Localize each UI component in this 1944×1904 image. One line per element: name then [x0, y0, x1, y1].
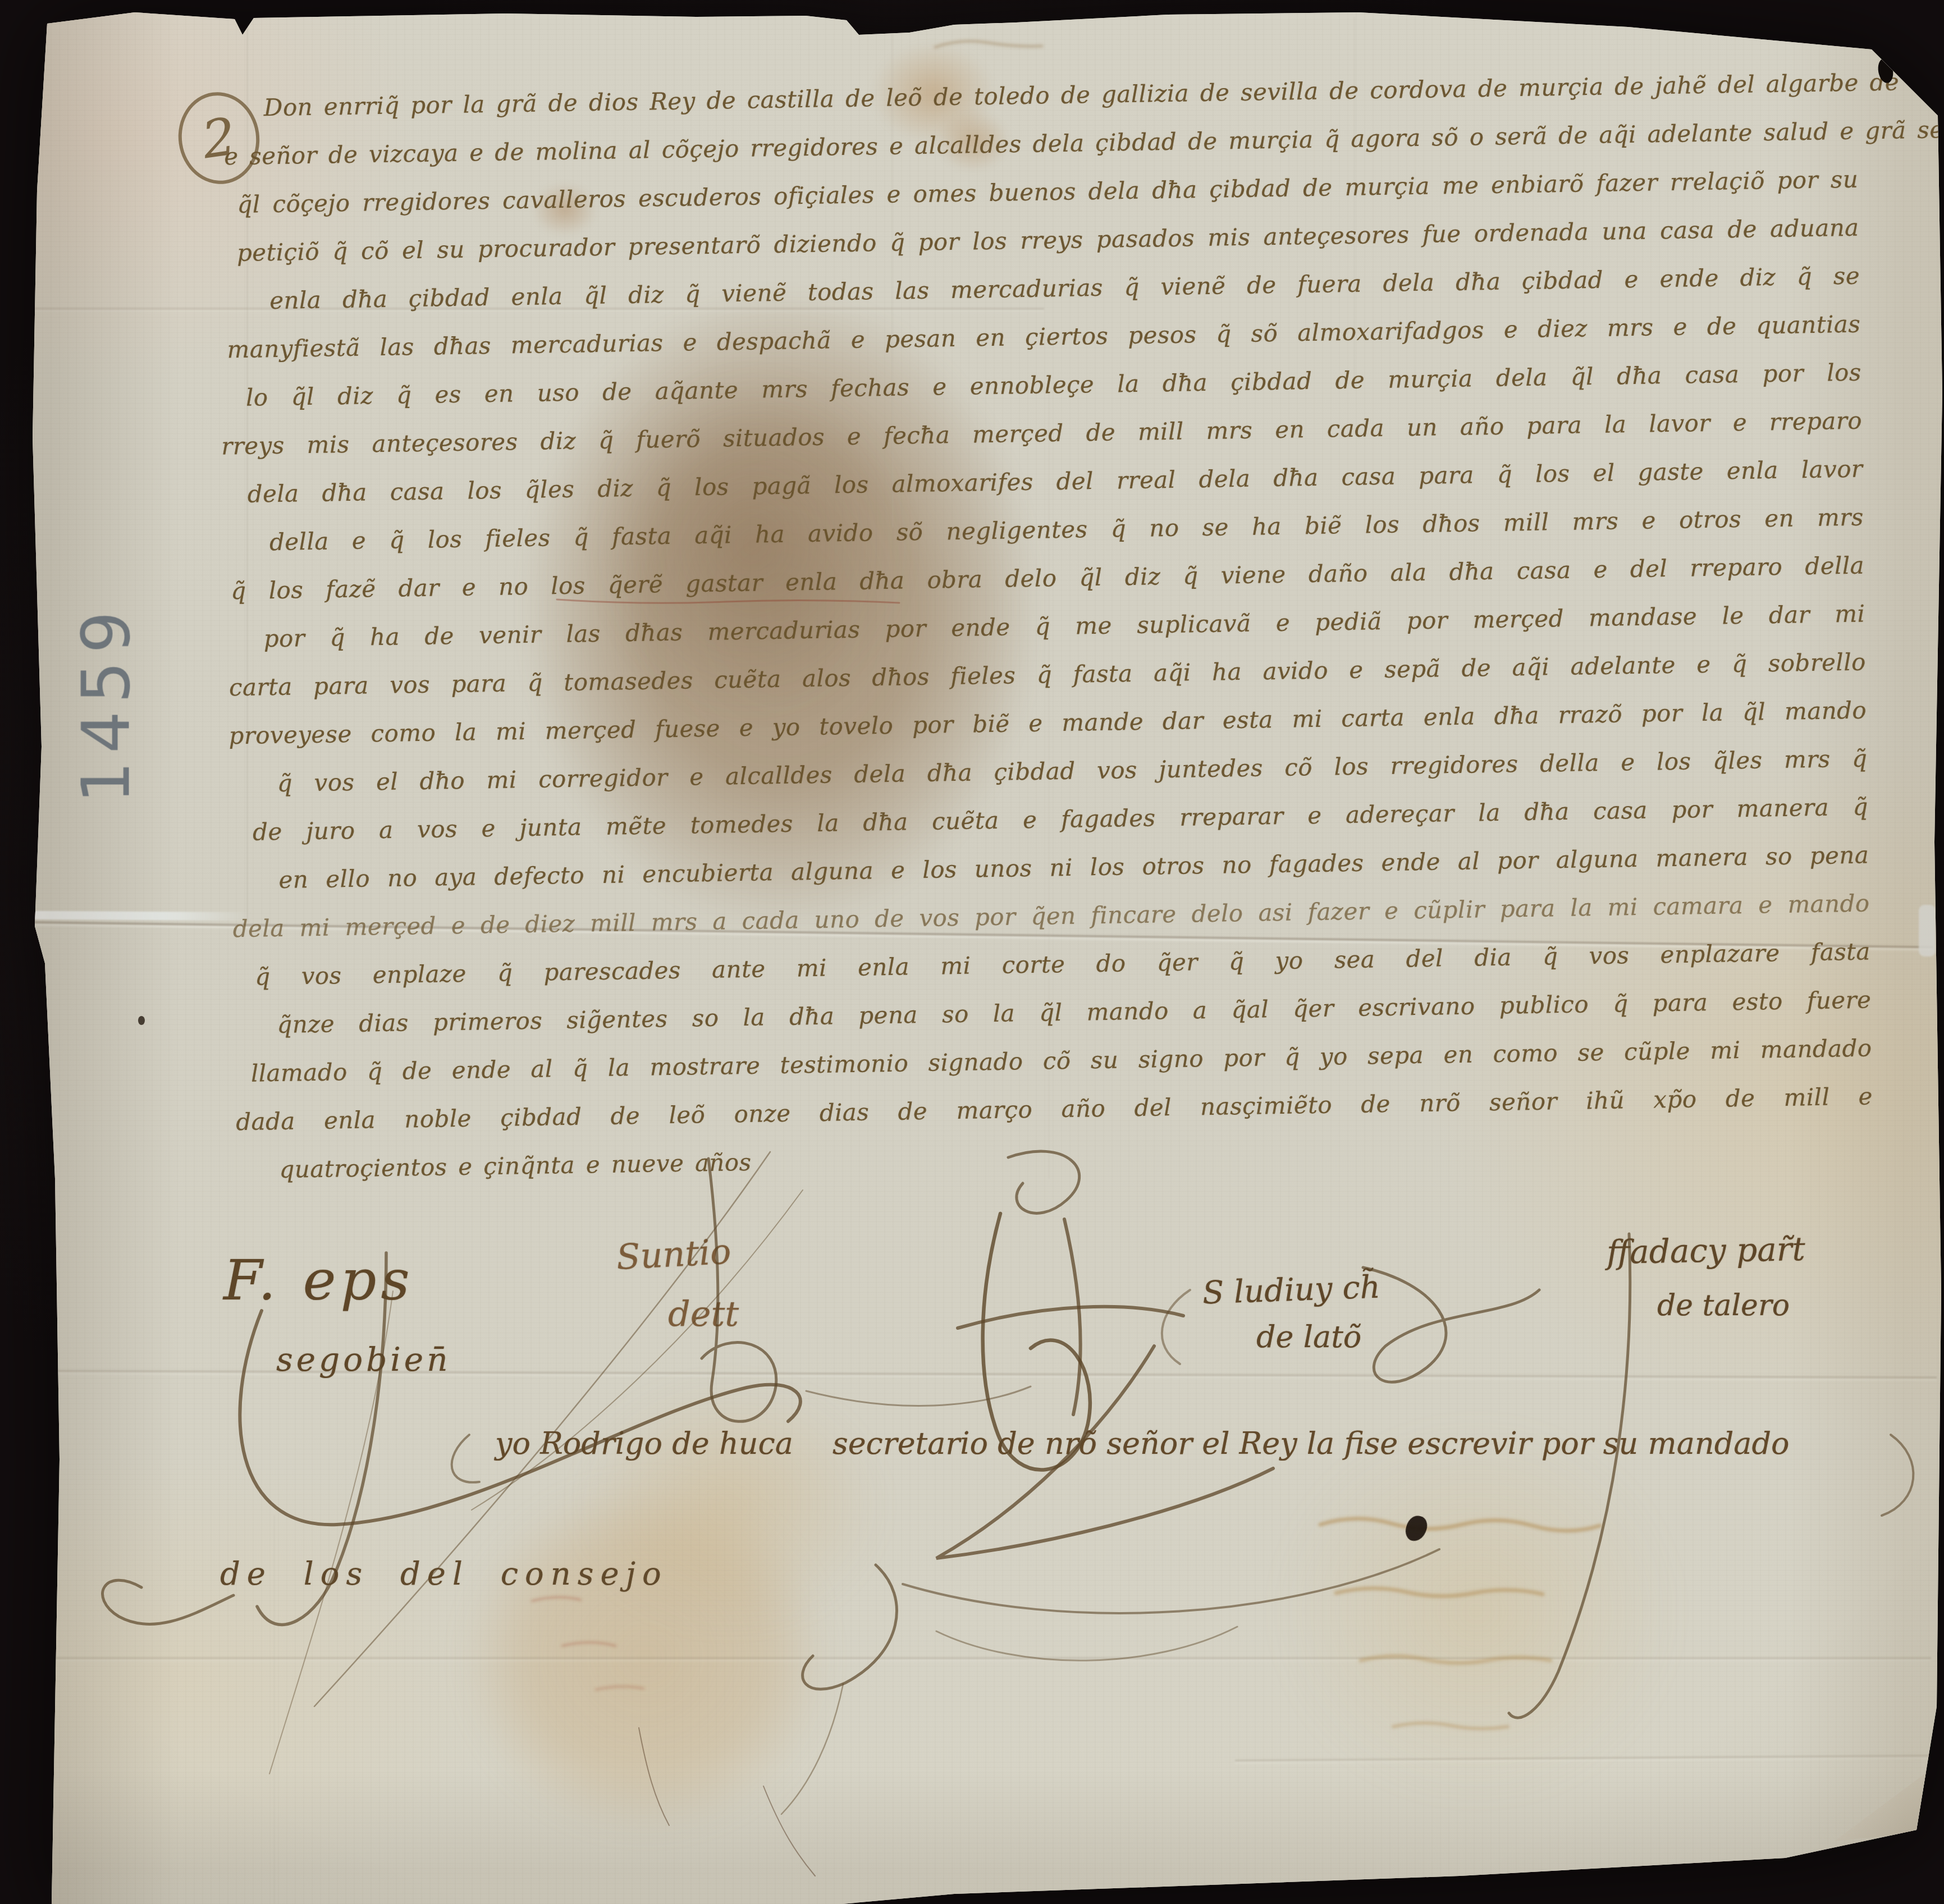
scribe-name: yo Rodrigo de huca — [495, 1426, 793, 1461]
manuscript-line-10: della e q̃ los fieles q̃ fasta aq̃i ha a… — [269, 504, 1864, 556]
scribe-title: secretario de nrõ señor el Rey la fise e… — [833, 1426, 1790, 1461]
manuscript-text-block: Don enrriq̃ por la grã de dios Rey de ca… — [0, 0, 1944, 1904]
left-edge-tear — [31, 1116, 44, 1201]
signature-center-right-line1: S ludiuy ch̃ — [1202, 1269, 1381, 1311]
manuscript-line-6: manyfiestã las dħas mercadurias e despac… — [227, 310, 1860, 364]
manuscript-line-16: de juro a vos e junta mẽte tomedes la dħ… — [253, 793, 1868, 845]
signature-center-right-line2: de latõ — [1256, 1319, 1361, 1354]
signature-center-left-line1: Suntio — [615, 1231, 732, 1278]
scribe-attestation-line: yo Rodrigo de huca secretario de nrõ señ… — [495, 1426, 1910, 1461]
manuscript-line-18: dela mi merçed e de diez mill mrs a cada… — [232, 889, 1869, 942]
pencil-year-annotation: 1459 — [67, 567, 152, 840]
signature-right-line2: de talero — [1657, 1289, 1790, 1322]
signature-bishop-line1: F. eps — [223, 1247, 414, 1313]
manuscript-paper: 2 1459 Don enrriq̃ por la grã de dios Re… — [0, 0, 1944, 1904]
manuscript-line-4: petiçiõ q̃ cõ el su procurador presentar… — [237, 214, 1859, 267]
manuscript-line-23: quatroçientos e çinq̃nta e nueve años — [279, 1148, 752, 1183]
manuscript-line-19: q̃ vos enplaze q̃ parescades ante mi enl… — [255, 937, 1870, 990]
manuscript-line-12: por q̃ ha de venir las dħas mercadurias … — [263, 600, 1865, 653]
manuscript-line-14: proveyese como la mi merçed fuese e yo t… — [228, 697, 1867, 750]
manuscript-line-5: enla dħa çibdad enla q̃l diz q̃ vienẽ to… — [269, 262, 1860, 314]
manuscript-line-8: rreys mis anteçesores diz q̃ fuerõ situa… — [221, 407, 1862, 460]
signature-bishop-line2: segobien̄ — [276, 1340, 451, 1379]
manuscript-line-21: llamado q̃ de ende al q̃ la mostrare tes… — [251, 1034, 1872, 1087]
manuscript-line-3: q̃l cõçejo rregidores cavalleros escuder… — [237, 166, 1858, 218]
manuscript-line-22: dada enla noble çibdad de leõ onze dias … — [236, 1082, 1873, 1136]
signature-center-left-line2: dett — [668, 1293, 739, 1334]
council-note-line: de los del consejo — [220, 1556, 668, 1592]
manuscript-line-2: e señor de vizcaya e de molina al cõçejo… — [224, 117, 1858, 171]
registry-mark-numeral: 2 — [199, 106, 240, 170]
manuscript-line-13: carta para vos para q̃ tomasedes cuẽta a… — [229, 648, 1866, 702]
manuscript-line-11: q̃ los fazẽ dar e no los q̃erẽ gastar en… — [231, 552, 1864, 605]
manuscript-line-7: lo q̃l diz q̃ es en uso de aq̃ante mrs f… — [246, 359, 1861, 411]
manuscript-line-17: en ello no aya defecto ni encubierta alg… — [278, 841, 1869, 893]
manuscript-line-1: Don enrriq̃ por la grã de dios Rey de ca… — [263, 69, 1856, 122]
photograph-background: 2 1459 Don enrriq̃ por la grã de dios Re… — [0, 0, 1944, 1904]
manuscript-line-15: q̃ vos el dħo mi corregidor e alcalldes … — [277, 744, 1867, 797]
manuscript-line-20: q̃nze dias primeros sig̃entes so la dħa … — [277, 986, 1871, 1038]
signature-right-line1: ffadacy par̃t — [1606, 1230, 1805, 1271]
paper-shadow-wrap: 2 1459 Don enrriq̃ por la grã de dios Re… — [0, 0, 1944, 1904]
manuscript-line-9: dela dħa casa los q̃les diz q̃ los pagã … — [247, 455, 1863, 508]
